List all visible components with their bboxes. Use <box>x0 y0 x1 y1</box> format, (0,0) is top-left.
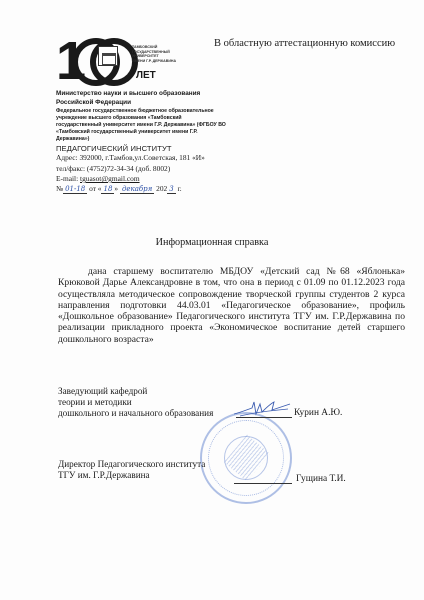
signature-block-institute-director: Директор Педагогического института ТГУ и… <box>58 459 205 481</box>
institute-name: ПЕДАГОГИЧЕСКИЙ ИНСТИТУТ <box>56 144 226 154</box>
ministry-name: Министерство науки и высшего образования… <box>56 90 226 107</box>
signatory-position: Директор Педагогического института <box>58 459 205 470</box>
signature-line <box>236 417 292 418</box>
logo-years-label: ЛЕТ <box>136 70 156 81</box>
number-prefix: № <box>56 184 63 193</box>
official-seal-stamp <box>200 412 292 504</box>
letterhead: Министерство науки и высшего образования… <box>56 90 226 195</box>
signatory-position: дошкольного и начального образования <box>58 408 213 419</box>
stamp-emblem <box>224 435 270 482</box>
registration-number-line: №01-18 от «18» декабря 2023 г. <box>56 184 226 194</box>
signatory-name: Курин А.Ю. <box>294 408 342 418</box>
date-quote: » <box>114 184 118 193</box>
signatory-position: теории и методики <box>58 397 213 408</box>
document-body: дана старшему воспитателю МБДОУ «Детский… <box>58 266 405 345</box>
institution-full-name: Федеральное государственное бюджетное об… <box>56 108 226 143</box>
email-line: E-mail: tguasot@gmail.com <box>56 174 226 184</box>
year-suffix: 3 <box>167 185 175 194</box>
signatory-position: Заведующий кафедрой <box>58 386 213 397</box>
date-month: декабря <box>120 185 154 194</box>
signatory-position: ТГУ им. Г.Р.Державина <box>58 470 205 481</box>
date-prefix: от « <box>89 184 101 193</box>
document-page: 1 Тамбовский государственный университет… <box>0 0 424 600</box>
university-building-icon <box>98 46 118 66</box>
email-label: E-mail: <box>56 174 80 183</box>
date-day: 18 <box>101 185 114 194</box>
logo-line: имени Г.Р. Державина <box>132 59 192 64</box>
registration-number: 01-18 <box>63 185 87 194</box>
signature-line <box>234 483 292 484</box>
document-title: Информационная справка <box>0 237 424 248</box>
logo-university-name: Тамбовский государственный университет и… <box>132 45 192 63</box>
addressee: В областную аттестационную комиссию <box>214 38 395 49</box>
year-end: г. <box>178 184 182 193</box>
year-prefix: 202 <box>156 184 167 193</box>
address: Адрес: 392000, г.Тамбов,ул.Советская, 18… <box>56 153 226 163</box>
signatory-name: Гущина Т.И. <box>296 474 346 484</box>
signature-block-head-of-department: Заведующий кафедрой теории и методики до… <box>58 386 213 420</box>
phone: тел/факс: (4752)72-34-34 (доб. 8002) <box>56 164 226 174</box>
university-centenary-logo: 1 Тамбовский государственный университет… <box>56 36 196 86</box>
email-link[interactable]: tguasot@gmail.com <box>80 174 140 183</box>
